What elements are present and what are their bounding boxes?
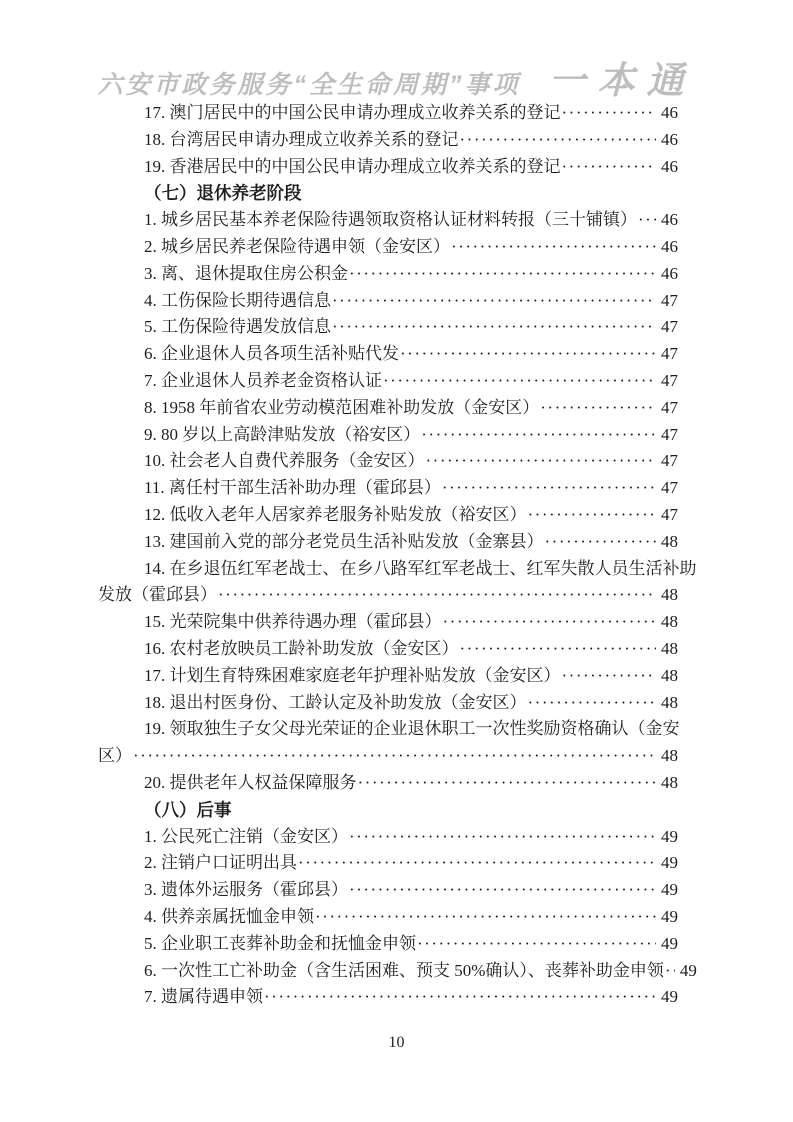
toc-page-number: 49 [657, 824, 678, 851]
dot-leader [383, 368, 656, 395]
dot-leader [358, 770, 657, 797]
toc-entry-text: 3. 离、退休提取住房公积金 [144, 261, 348, 288]
toc-page-number: 49 [657, 877, 678, 904]
toc-section-title: （七）退休养老阶段 [144, 180, 302, 207]
toc-page-number: 49 [676, 958, 697, 985]
toc-entry: 6. 企业退休人员各项生活补贴代发47 [98, 341, 678, 368]
toc-entry: 7. 企业退休人员养老金资格认证47 [98, 368, 678, 395]
toc-entry-text: 4. 供养亲属抚恤金申领 [144, 904, 314, 931]
page-header: 六安市政务服务“全生命周期”事项 一本通 [0, 50, 793, 104]
toc-section-heading: （七）退休养老阶段 [98, 180, 678, 207]
toc-page-number: 48 [657, 663, 678, 690]
toc-entry-text: 5. 工伤保险待遇发放信息 [144, 314, 331, 341]
toc-page-number: 48 [657, 690, 678, 717]
toc-entry-text: 1. 城乡居民基本养老保险待遇领取资格认证材料转报（三十铺镇） [144, 207, 637, 234]
dot-leader [298, 850, 656, 877]
toc-entry: 3. 遗体外运服务（霍邱县）49 [98, 877, 678, 904]
toc-page-number: 47 [657, 422, 678, 449]
toc-entry: 3. 离、退休提取住房公积金46 [98, 261, 678, 288]
toc-entry-text: 4. 工伤保险长期待遇信息 [144, 288, 331, 315]
toc-section-heading: （八）后事 [98, 797, 678, 824]
toc-entry: 区）48 [98, 743, 678, 770]
toc-entry: 1. 公民死亡注销（金安区）49 [98, 824, 678, 851]
toc-entry-text: 14. 在乡退伍红军老战士、在乡八路军红军老战士、红军失散人员生活补助 [144, 556, 697, 583]
toc-entry: 17. 计划生育特殊困难家庭老年护理补贴发放（金安区）48 [98, 663, 678, 690]
page-footer: 10 [0, 1034, 793, 1052]
toc-page-number: 49 [657, 984, 678, 1011]
dot-leader [349, 261, 656, 288]
dot-leader [545, 529, 657, 556]
toc-entry-text: 1. 公民死亡注销（金安区） [144, 824, 348, 851]
toc-entry: 4. 工伤保险长期待遇信息47 [98, 288, 678, 315]
toc-page-number: 48 [657, 609, 678, 636]
toc-entry: 13. 建国前入党的部分老党员生活补贴发放（金寨县）48 [98, 529, 678, 556]
toc-page-number: 48 [657, 636, 678, 663]
header-title-suffix: 一本通 [549, 50, 696, 104]
dot-leader [426, 448, 657, 475]
toc-entry-text: 区） [98, 743, 132, 770]
toc-page-number: 46 [657, 261, 678, 288]
dot-leader [443, 609, 657, 636]
toc-page-number: 47 [657, 314, 678, 341]
toc-page-number: 46 [657, 234, 678, 261]
toc-page-number: 47 [657, 341, 678, 368]
toc-page-number: 48 [657, 770, 678, 797]
toc-entry: 17. 澳门居民中的中国公民申请办理成立收养关系的登记46 [98, 100, 678, 127]
dot-leader [349, 877, 656, 904]
toc-list: 17. 澳门居民中的中国公民申请办理成立收养关系的登记4618. 台湾居民申请办… [98, 100, 678, 1011]
toc-entry-text: 15. 光荣院集中供养待遇办理（霍邱县） [144, 609, 442, 636]
toc-entry-text: 8. 1958 年前省农业劳动模范困难补助发放（金安区） [144, 395, 539, 422]
toc-entry-text: 2. 城乡居民养老保险待遇申领（金安区） [144, 234, 450, 261]
toc-entry: 18. 退出村医身份、工龄认定及补助发放（金安区）48 [98, 690, 678, 717]
toc-entry-text: 16. 农村老放映员工龄补助发放（金安区） [144, 636, 459, 663]
toc-entry: 11. 离任村干部生活补助办理（霍邱县）47 [98, 475, 678, 502]
dot-leader [218, 582, 656, 609]
toc-entry-text: 17. 澳门居民中的中国公民申请办理成立收养关系的登记 [144, 100, 561, 127]
toc-entry: 5. 工伤保险待遇发放信息47 [98, 314, 678, 341]
dot-leader [400, 341, 656, 368]
dot-leader [417, 931, 656, 958]
toc-entry: 6. 一次性工亡补助金（含生活困难、预支 50%确认）、丧葬补助金申领49 [98, 958, 678, 985]
dot-leader [133, 743, 656, 770]
toc-entry-text: 3. 遗体外运服务（霍邱县） [144, 877, 348, 904]
toc-page-number: 46 [657, 154, 678, 181]
toc-entry: 15. 光荣院集中供养待遇办理（霍邱县）48 [98, 609, 678, 636]
dot-leader [528, 502, 657, 529]
toc-entry: 1. 城乡居民基本养老保险待遇领取资格认证材料转报（三十铺镇）46 [98, 207, 678, 234]
toc-page-number: 47 [657, 502, 678, 529]
toc-page-number: 46 [657, 207, 678, 234]
toc-entry: 7. 遗属待遇申领49 [98, 984, 678, 1011]
toc-entry-text: 18. 台湾居民申请办理成立收养关系的登记 [144, 127, 459, 154]
toc-entry-text: 11. 离任村干部生活补助办理（霍邱县） [144, 475, 441, 502]
toc-entry: 2. 城乡居民养老保险待遇申领（金安区）46 [98, 234, 678, 261]
toc-page-number: 47 [657, 475, 678, 502]
dot-leader [315, 904, 656, 931]
dot-leader [460, 636, 657, 663]
dot-leader [528, 690, 657, 717]
toc-entry-text: 6. 企业退休人员各项生活补贴代发 [144, 341, 399, 368]
dot-leader [562, 154, 657, 181]
toc-page-number: 49 [657, 850, 678, 877]
toc-entry-text: 6. 一次性工亡补助金（含生活困难、预支 50%确认）、丧葬补助金申领 [144, 958, 664, 985]
toc-entry-text: 2. 注销户口证明出具 [144, 850, 297, 877]
toc-entry-text: 13. 建国前入党的部分老党员生活补贴发放（金寨县） [144, 529, 544, 556]
dot-leader [638, 207, 656, 234]
toc-entry-text: 17. 计划生育特殊困难家庭老年护理补贴发放（金安区） [144, 663, 561, 690]
toc-entry-text: 20. 提供老年人权益保障服务 [144, 770, 357, 797]
toc-entry: 14. 在乡退伍红军老战士、在乡八路军红军老战士、红军失散人员生活补助 [98, 556, 678, 583]
toc-entry: 4. 供养亲属抚恤金申领49 [98, 904, 678, 931]
toc-entry-text: 19. 香港居民中的中国公民申请办理成立收养关系的登记 [144, 154, 561, 181]
dot-leader [451, 234, 656, 261]
dot-leader [332, 288, 656, 315]
toc-page-number: 48 [657, 529, 678, 556]
page-number: 10 [389, 1034, 405, 1051]
dot-leader [421, 422, 656, 449]
toc-page-number: 47 [657, 395, 678, 422]
toc-entry-text: 7. 企业退休人员养老金资格认证 [144, 368, 382, 395]
toc-page-number: 48 [657, 743, 678, 770]
header-title: 六安市政务服务“全生命周期”事项 [97, 65, 520, 101]
toc-entry-text: 7. 遗属待遇申领 [144, 984, 263, 1011]
toc-page-number: 46 [657, 127, 678, 154]
toc-page-number: 49 [657, 904, 678, 931]
toc-entry: 9. 80 岁以上高龄津贴发放（裕安区）47 [98, 422, 678, 449]
toc-entry: 10. 社会老人自费代养服务（金安区）47 [98, 448, 678, 475]
toc-entry-text: 12. 低收入老年人居家养老服务补贴发放（裕安区） [144, 502, 527, 529]
toc-entry: 2. 注销户口证明出具49 [98, 850, 678, 877]
toc-page-number: 47 [657, 368, 678, 395]
toc-entry-text: 19. 领取独生子女父母光荣证的企业退休职工一次性奖励资格确认（金安 [144, 716, 680, 743]
toc-entry: 20. 提供老年人权益保障服务48 [98, 770, 678, 797]
toc-entry-text: 10. 社会老人自费代养服务（金安区） [144, 448, 425, 475]
toc-entry: 8. 1958 年前省农业劳动模范困难补助发放（金安区）47 [98, 395, 678, 422]
dot-leader [540, 395, 656, 422]
dot-leader [332, 314, 656, 341]
toc-page-number: 47 [657, 448, 678, 475]
toc-page-number: 48 [657, 582, 678, 609]
toc-entry: 19. 领取独生子女父母光荣证的企业退休职工一次性奖励资格确认（金安 [98, 716, 678, 743]
dot-leader [665, 958, 675, 985]
dot-leader [349, 824, 656, 851]
toc-entry: 16. 农村老放映员工龄补助发放（金安区）48 [98, 636, 678, 663]
toc-page-number: 47 [657, 288, 678, 315]
dot-leader [264, 984, 656, 1011]
dot-leader [562, 663, 657, 690]
toc-section-title: （八）后事 [144, 797, 232, 824]
toc-entry: 发放（霍邱县）48 [98, 582, 678, 609]
toc-entry-text: 9. 80 岁以上高龄津贴发放（裕安区） [144, 422, 420, 449]
document-page: 六安市政务服务“全生命周期”事项 一本通 17. 澳门居民中的中国公民申请办理成… [0, 0, 793, 1122]
dot-leader [442, 475, 656, 502]
toc-entry: 19. 香港居民中的中国公民申请办理成立收养关系的登记46 [98, 154, 678, 181]
toc-entry: 5. 企业职工丧葬补助金和抚恤金申领49 [98, 931, 678, 958]
toc-entry-text: 5. 企业职工丧葬补助金和抚恤金申领 [144, 931, 416, 958]
dot-leader [562, 100, 657, 127]
toc-entry: 18. 台湾居民申请办理成立收养关系的登记46 [98, 127, 678, 154]
toc-entry-text: 发放（霍邱县） [98, 582, 217, 609]
dot-leader [460, 127, 657, 154]
toc-entry: 12. 低收入老年人居家养老服务补贴发放（裕安区）47 [98, 502, 678, 529]
toc-entry-text: 18. 退出村医身份、工龄认定及补助发放（金安区） [144, 690, 527, 717]
toc-page-number: 49 [657, 931, 678, 958]
toc-page-number: 46 [657, 100, 678, 127]
